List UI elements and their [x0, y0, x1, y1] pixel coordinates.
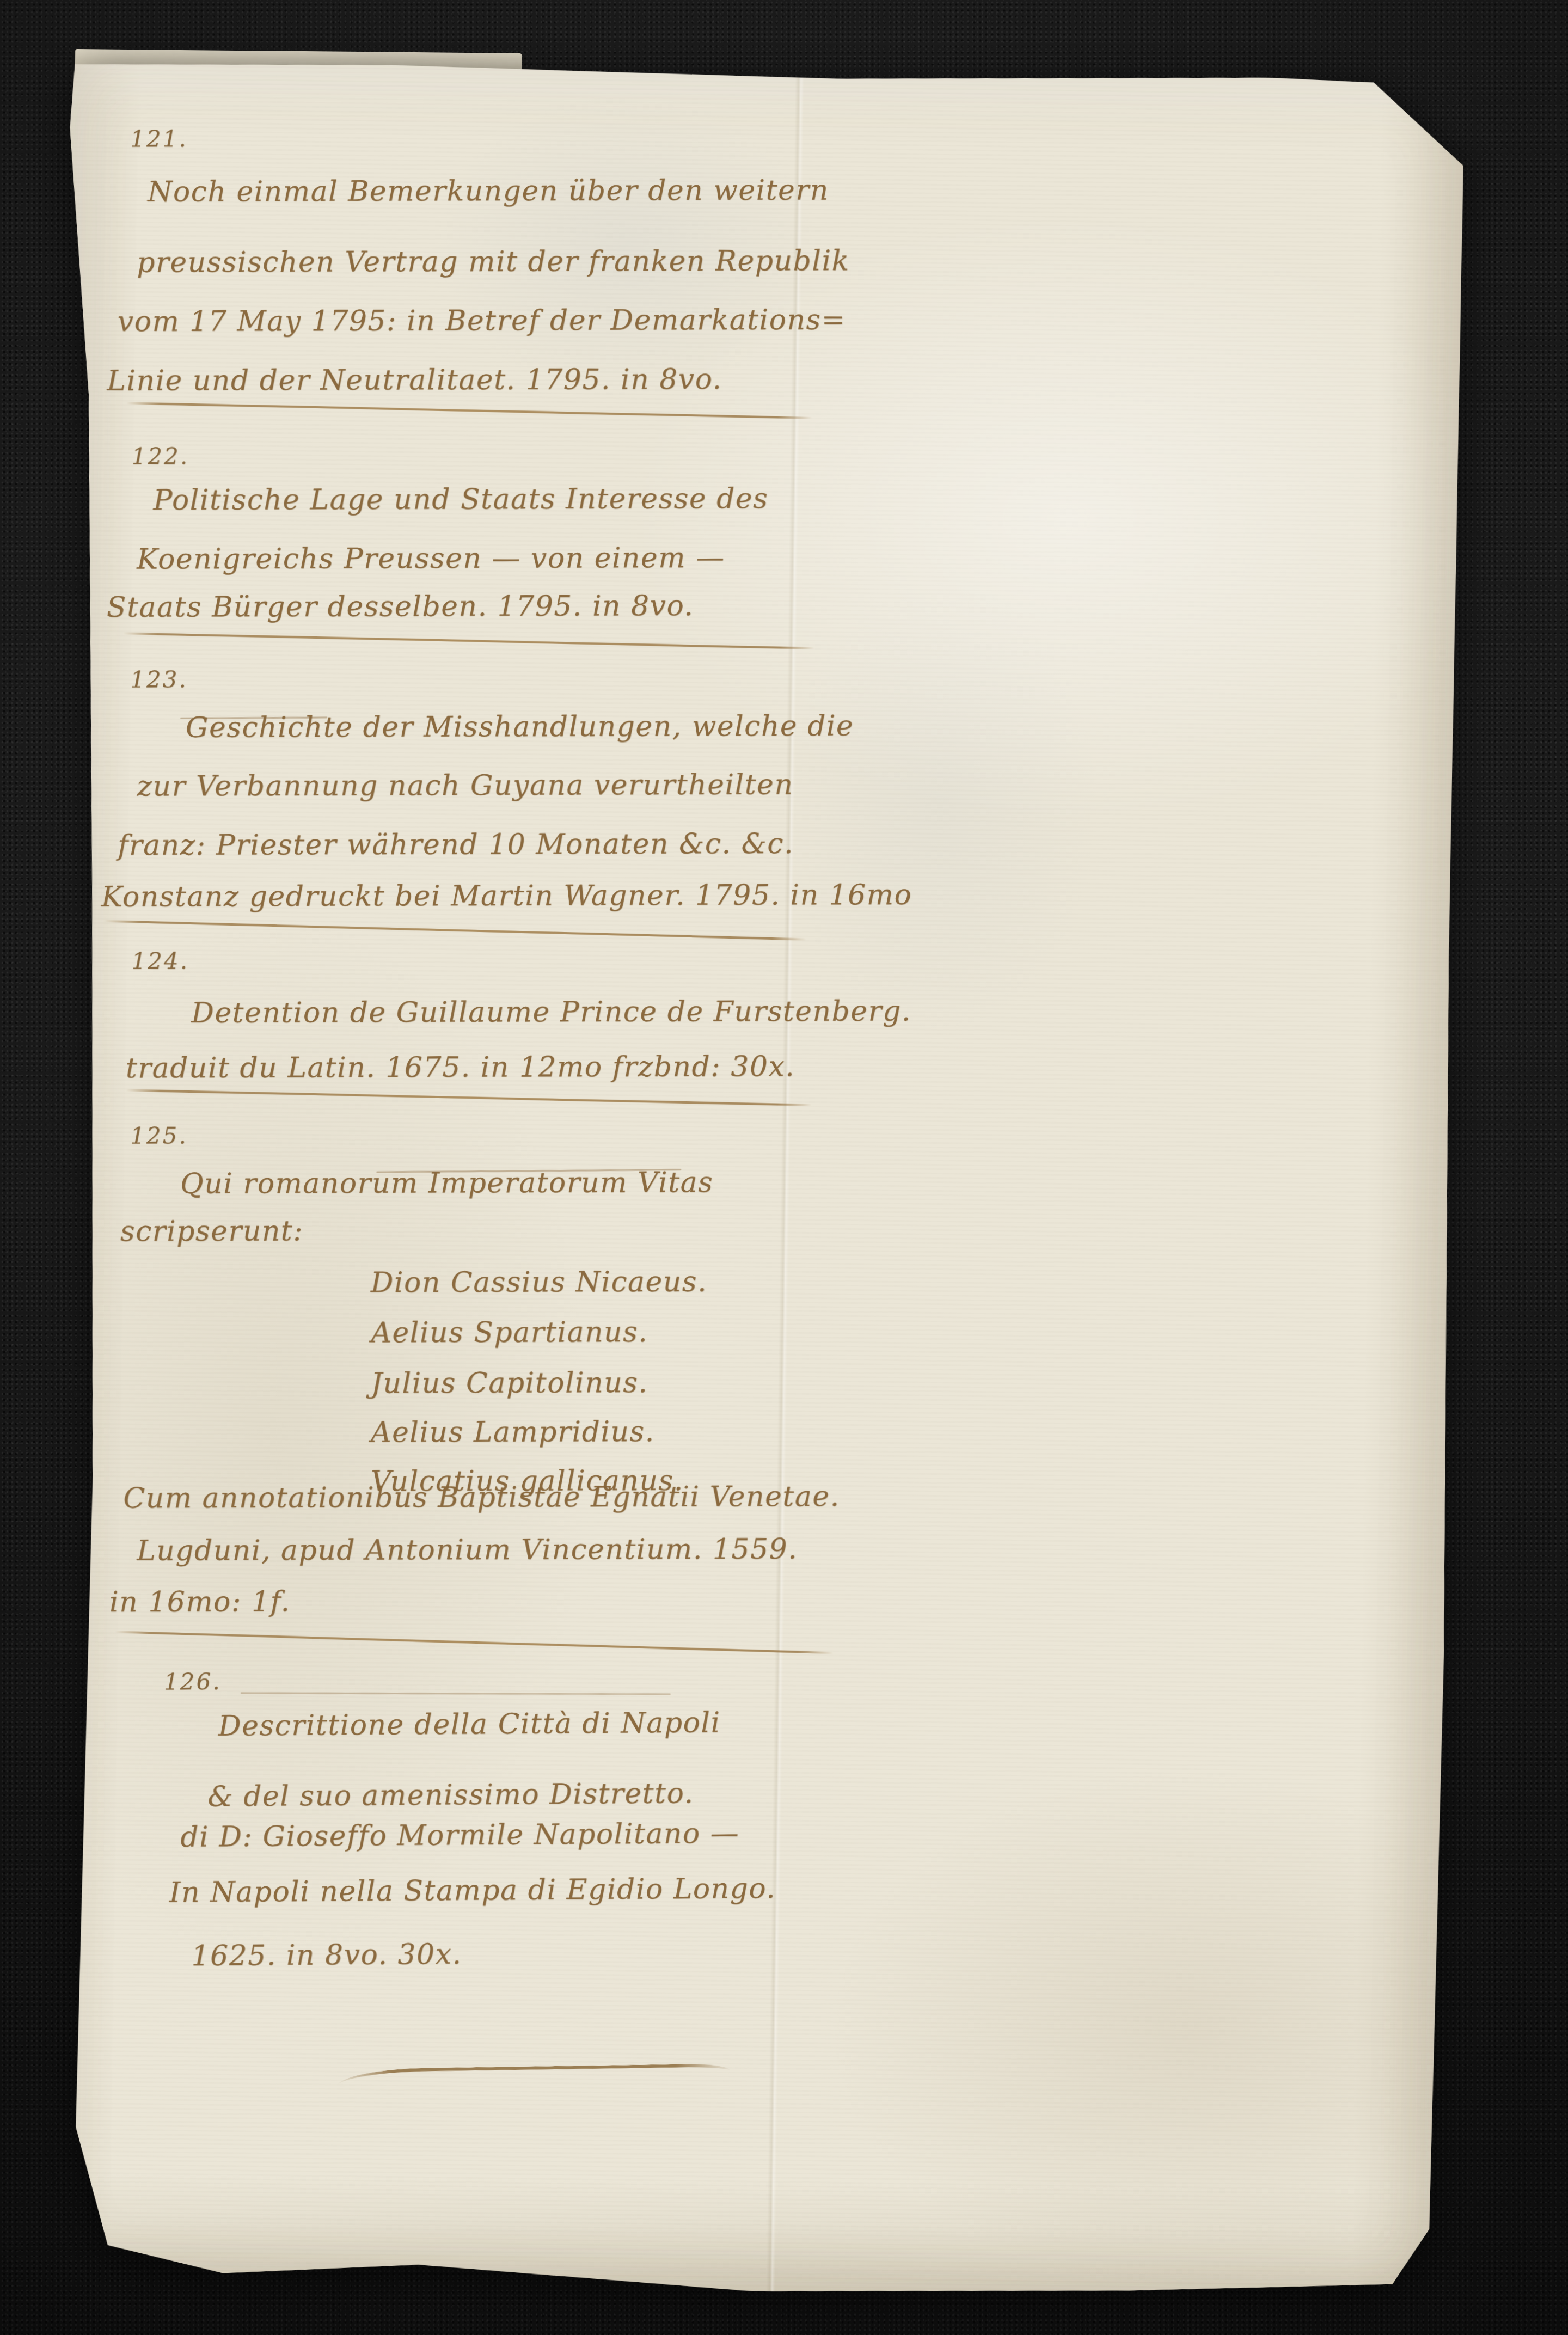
- catalog-entries: 121. Noch einmal Bemerkungen über den we…: [42, 61, 1465, 2300]
- manuscript-page: 121. Noch einmal Bemerkungen über den we…: [42, 61, 1465, 2300]
- entry-line: Julius Capitolinus.: [371, 1366, 648, 1400]
- entry-line: Aelius Spartianus.: [371, 1316, 648, 1349]
- entry-line: In Napoli nella Stampa di Egidio Longo.: [169, 1872, 776, 1909]
- entry-line: Geschichte der Misshandlungen, welche di…: [186, 710, 854, 744]
- separator-rule: [123, 632, 814, 649]
- ink-stroke: [241, 1692, 671, 1695]
- entry-line: di D: Gioseffo Mormile Napolitano —: [180, 1817, 739, 1854]
- entry-line: scripserunt:: [120, 1215, 303, 1248]
- entry-line: Descrittione della Città di Napoli: [218, 1706, 721, 1742]
- entry-line: Detention de Guillaume Prince de Fursten…: [191, 995, 911, 1029]
- entry-line: franz: Priester während 10 Monaten &c. &…: [118, 828, 794, 862]
- entry-line: Lugduni, apud Antonium Vincentium. 1559.: [137, 1533, 798, 1567]
- paper-sheet: 121. Noch einmal Bemerkungen über den we…: [42, 61, 1465, 2300]
- entry-line: Koenigreichs Preussen — von einem —: [137, 542, 725, 576]
- entry-number: 126.: [164, 1668, 222, 1695]
- entry-line: Politische Lage und Staats Interesse des: [153, 482, 768, 517]
- entry-line: preussischen Vertrag mit der franken Rep…: [137, 244, 850, 279]
- entry-line: Linie und der Neutralitaet. 1795. in 8vo…: [107, 363, 722, 397]
- entry-line: vom 17 May 1795: in Betref der Demarkati…: [118, 304, 846, 339]
- entry-line: & del suo amenissimo Distretto.: [207, 1777, 694, 1813]
- entry-line: Staats Bürger desselben. 1795. in 8vo.: [107, 590, 694, 624]
- entry-number: 121.: [130, 125, 188, 152]
- entry-line: Konstanz gedruckt bei Martin Wagner. 179…: [101, 879, 912, 914]
- entry-line: 1625. in 8vo. 30x.: [191, 1938, 462, 1972]
- entry-line: Noch einmal Bemerkungen über den weitern: [148, 174, 829, 209]
- separator-rule: [115, 1631, 834, 1654]
- separator-rule: [104, 920, 806, 941]
- entry-number: 122.: [131, 443, 189, 469]
- entry-line: zur Verbannung nach Guyana verurtheilten: [137, 769, 793, 803]
- photo-backdrop: 121. Noch einmal Bemerkungen über den we…: [0, 0, 1568, 2335]
- entry-line: Aelius Lampridius.: [371, 1415, 655, 1449]
- entry-number: 123.: [130, 666, 188, 692]
- separator-rule: [126, 1089, 812, 1106]
- entry-line: Cum annotationibus Baptistae Egnatii Ven…: [123, 1480, 840, 1515]
- separator-rule: [126, 402, 812, 419]
- entry-line: Dion Cassius Nicaeus.: [371, 1266, 708, 1300]
- entry-number: 125.: [130, 1122, 188, 1149]
- entry-line: traduit du Latin. 1675. in 12mo frzbnd: …: [126, 1050, 795, 1084]
- entry-number: 124.: [131, 947, 189, 974]
- closing-flourish-stroke: [336, 2063, 731, 2087]
- entry-line: in 16mo: 1f.: [109, 1585, 291, 1619]
